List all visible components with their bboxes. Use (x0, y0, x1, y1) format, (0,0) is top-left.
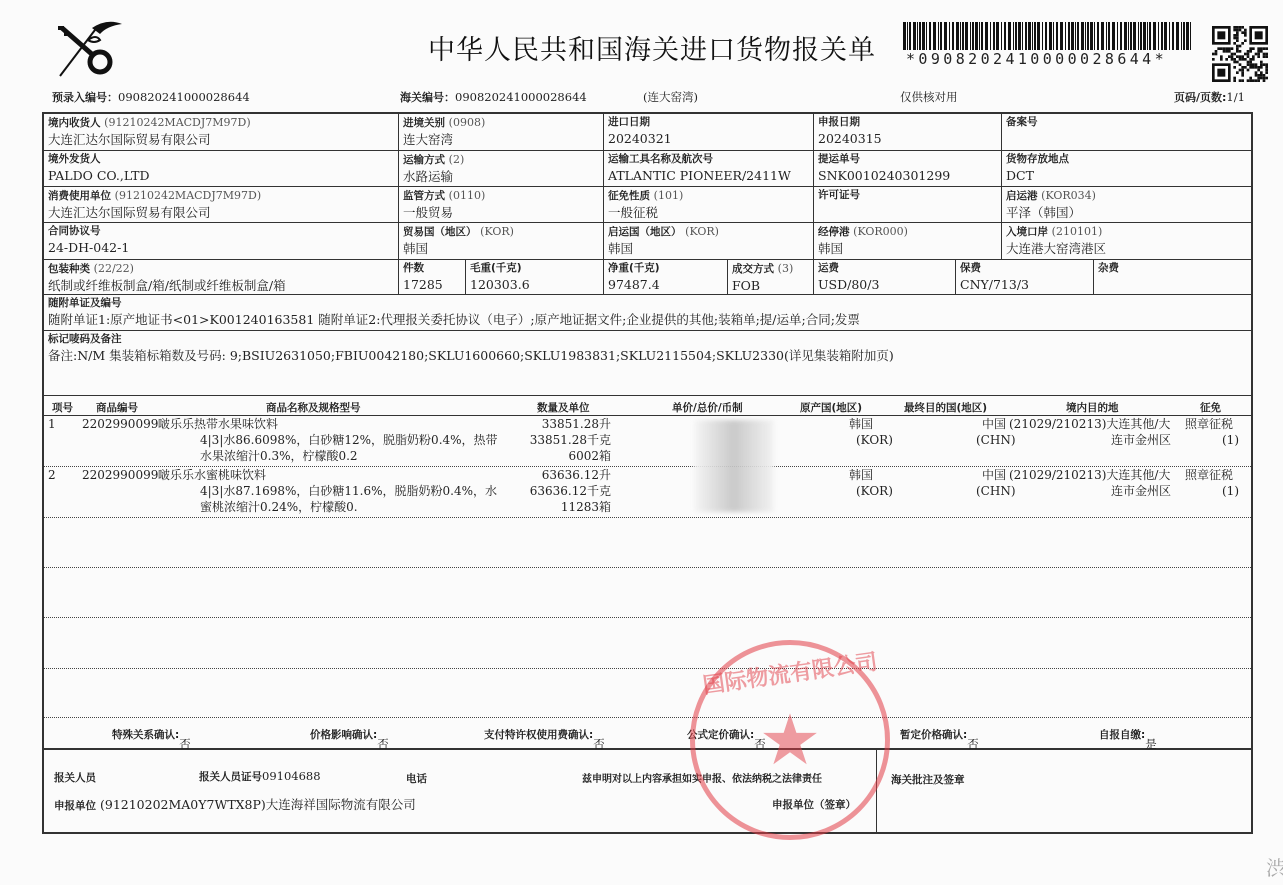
field-vessel: 运输工具名称及航次号 ATLANTIC PIONEER/2411W (604, 151, 814, 187)
barcode-number: *0908202410000028644* (906, 50, 1167, 68)
empty-row (44, 568, 1251, 618)
declaring-unit: 申报单位 (91210202MA0Y7WTX8P)大连海祥国际物流有限公司 (54, 795, 416, 813)
field-attached-docs: 随附单证及编号 随附单证1:原产地证书<01>K001240163581 随附单… (44, 295, 1251, 331)
field-consumer: 消费使用单位 (91210242MACDJ7M97D) 大连汇达尔国际贸易有限公… (44, 187, 399, 223)
pre-entry-number: 预录入编号：090820241000028644 (52, 89, 250, 105)
field-misc: 杂费 (1094, 260, 1251, 295)
col-hs-code: 商品编号 (96, 400, 138, 415)
barcode-icon (903, 22, 1193, 50)
customs-approval-box: 海关批注及签章 (876, 750, 1252, 834)
customs-number: 海关编号：090820241000028644 (400, 89, 587, 105)
field-record-no: 备案号 (1002, 114, 1251, 151)
col-item-no: 项号 (52, 400, 73, 415)
field-trade-country: 贸易国（地区） (KOR) 韩国 (399, 223, 604, 260)
corner-mark: 渋 (1266, 852, 1283, 881)
field-bill-no: 提运单号 SNK0010240301299 (814, 151, 1002, 187)
field-tax-nature: 征免性质 (101) 一般征税 (604, 187, 814, 223)
customs-emblem-icon (52, 18, 127, 80)
col-name-spec: 商品名称及规格型号 (266, 400, 361, 415)
field-entry-customs: 进境关别 (0908) 连大窑湾 (399, 114, 604, 151)
phone-label: 电话 (406, 771, 427, 786)
field-gross-weight: 毛重(千克) 120303.6 (466, 260, 604, 295)
price-influence-confirm: 价格影响确认:否 (310, 727, 377, 742)
field-insurance: 保费 CNY/713/3 (956, 260, 1094, 295)
col-origin: 原产国(地区) (800, 400, 862, 415)
declaration-form: 境内收货人 (91210242MACDJ7M97D) 大连汇达尔国际贸易有限公司… (42, 112, 1253, 834)
field-origin-country: 启运国（地区） (KOR) 韩国 (604, 223, 814, 260)
confirmations-row: 特殊关系确认:否 价格影响确认:否 支付特许权使用费确认:否 公式定价确认:否 … (44, 718, 1251, 750)
special-relation-confirm: 特殊关系确认:否 (112, 727, 179, 742)
customs-office-note: (连大窑湾) (643, 89, 698, 105)
field-contract: 合同协议号 24-DH-042-1 (44, 223, 399, 260)
field-marks-remarks: 标记唛码及备注 备注:N/M 集装箱标箱数及号码: 9;BSIU2631050;… (44, 331, 1251, 396)
field-import-date: 进口日期 20240321 (604, 114, 814, 151)
field-pieces: 件数 17285 (399, 260, 466, 295)
field-package-type: 包装种类 (22/22) 纸制或纤维板制盒/箱/纸制或纤维板制盒/箱 (44, 260, 399, 295)
declaration-footer: 报关人员 报关人员证号09104688 电话 兹申明对以上内容承担如实申报、依法… (44, 750, 1251, 834)
provisional-price-confirm: 暂定价格确认:否 (900, 727, 967, 742)
company-seal-stamp: 国际物流有限公司 ★ (690, 640, 890, 840)
empty-row (44, 669, 1251, 718)
self-declare-confirm: 自报自缴:是 (1099, 727, 1145, 742)
field-supervision: 监管方式 (0110) 一般贸易 (399, 187, 604, 223)
empty-row (44, 518, 1251, 568)
field-freight: 运费 USD/80/3 (814, 260, 956, 295)
col-price: 单价/总价/币制 (672, 400, 743, 415)
field-consignee: 境内收货人 (91210242MACDJ7M97D) 大连汇达尔国际贸易有限公司 (44, 114, 399, 151)
field-transit-port: 经停港 (KOR000) 韩国 (814, 223, 1002, 260)
field-shipper: 境外发货人 PALDO CO.,LTD (44, 151, 399, 187)
field-storage: 货物存放地点 DCT (1002, 151, 1251, 187)
royalty-confirm: 支付特许权使用费确认:否 (484, 727, 593, 742)
col-final-dest: 最终目的国(地区) (904, 400, 987, 415)
empty-row (44, 618, 1251, 669)
declarant-cert: 报关人员证号09104688 (199, 769, 321, 784)
field-departure-port: 启运港 (KOR034) 平泽（韩国） (1002, 187, 1251, 223)
col-quantity: 数量及单位 (537, 400, 590, 415)
price-redaction (44, 416, 1251, 518)
col-tax: 征免 (1200, 400, 1221, 415)
field-license: 许可证号 (814, 187, 1002, 223)
field-declare-date: 申报日期 20240315 (814, 114, 1002, 151)
field-deal-mode: 成交方式 (3) FOB (728, 260, 814, 295)
verify-note: 仅供核对用 (900, 89, 958, 105)
page-indicator: 页码/页数:1/1 (1174, 89, 1245, 105)
col-domestic-dest: 境内目的地 (1066, 400, 1119, 415)
field-entry-port: 入境口岸 (210101) 大连港大窑湾港区 (1002, 223, 1251, 260)
field-net-weight: 净重(千克) 97487.4 (604, 260, 728, 295)
declarant-label: 报关人员 (54, 770, 96, 785)
qr-code-icon (1212, 24, 1268, 84)
document-title: 中华人民共和国海关进口货物报关单 (428, 28, 876, 67)
field-transport-mode: 运输方式 (2) 水路运输 (399, 151, 604, 187)
items-table-header: 项号 商品编号 商品名称及规格型号 数量及单位 单价/总价/币制 原产国(地区)… (44, 396, 1251, 416)
